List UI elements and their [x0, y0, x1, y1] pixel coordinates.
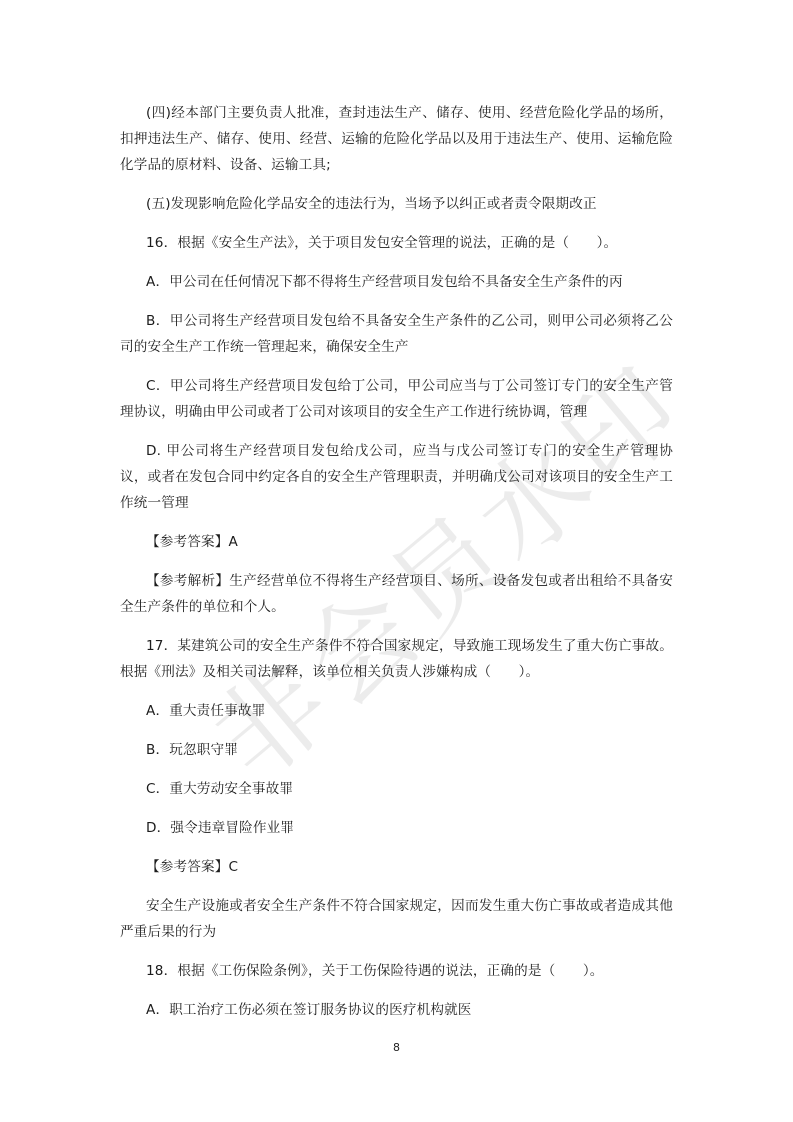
question-17-option-b: B．玩忽职守罪: [120, 737, 673, 763]
document-page: 非会员水印 (四)经本部门主要负责人批准，查封违法生产、储存、使用、经营危险化学…: [0, 0, 793, 1122]
question-16-option-b: B．甲公司将生产经营项目发包给不具备安全生产条件的乙公司，则甲公司必须将乙公司的…: [120, 308, 673, 360]
question-18: 18．根据《工伤保险条例》，关于工伤保险待遇的说法，正确的是（ ）。: [120, 958, 673, 984]
question-16-answer: 【参考答案】A: [120, 529, 673, 555]
question-17: 17．某建筑公司的安全生产条件不符合国家规定，导致施工现场发生了重大伤亡事故。根…: [120, 633, 673, 685]
question-16-option-a: A．甲公司在任何情况下都不得将生产经营项目发包给不具备安全生产条件的丙: [120, 269, 673, 295]
page-number: 8: [0, 1041, 793, 1054]
question-16-option-d: D. 甲公司将生产经营项目发包给戊公司，应当与戊公司签订专门的安全生产管理协议，…: [120, 438, 673, 516]
paragraph-continuation: (四)经本部门主要负责人批准，查封违法生产、储存、使用、经营危险化学品的场所，扣…: [120, 100, 673, 178]
question-17-answer: 【参考答案】C: [120, 854, 673, 880]
question-16: 16．根据《安全生产法》，关于项目发包安全管理的说法，正确的是（ ）。: [120, 230, 673, 256]
question-16-analysis: 【参考解析】生产经营单位不得将生产经营项目、场所、设备发包或者出租给不具备安全生…: [120, 568, 673, 620]
paragraph-continuation: (五)发现影响危险化学品安全的违法行为，当场予以纠正或者责令限期改正: [120, 191, 673, 217]
question-18-option-a: A．职工治疗工伤必须在签订服务协议的医疗机构就医: [120, 997, 673, 1023]
question-17-option-d: D．强令违章冒险作业罪: [120, 815, 673, 841]
question-17-option-a: A．重大责任事故罪: [120, 698, 673, 724]
page-content: (四)经本部门主要负责人批准，查封违法生产、储存、使用、经营危险化学品的场所，扣…: [120, 100, 673, 1036]
question-17-analysis: 安全生产设施或者安全生产条件不符合国家规定，因而发生重大伤亡事故或者造成其他严重…: [120, 893, 673, 945]
question-16-option-c: C．甲公司将生产经营项目发包给丁公司，甲公司应当与丁公司签订专门的安全生产管理协…: [120, 373, 673, 425]
question-17-option-c: C．重大劳动安全事故罪: [120, 776, 673, 802]
